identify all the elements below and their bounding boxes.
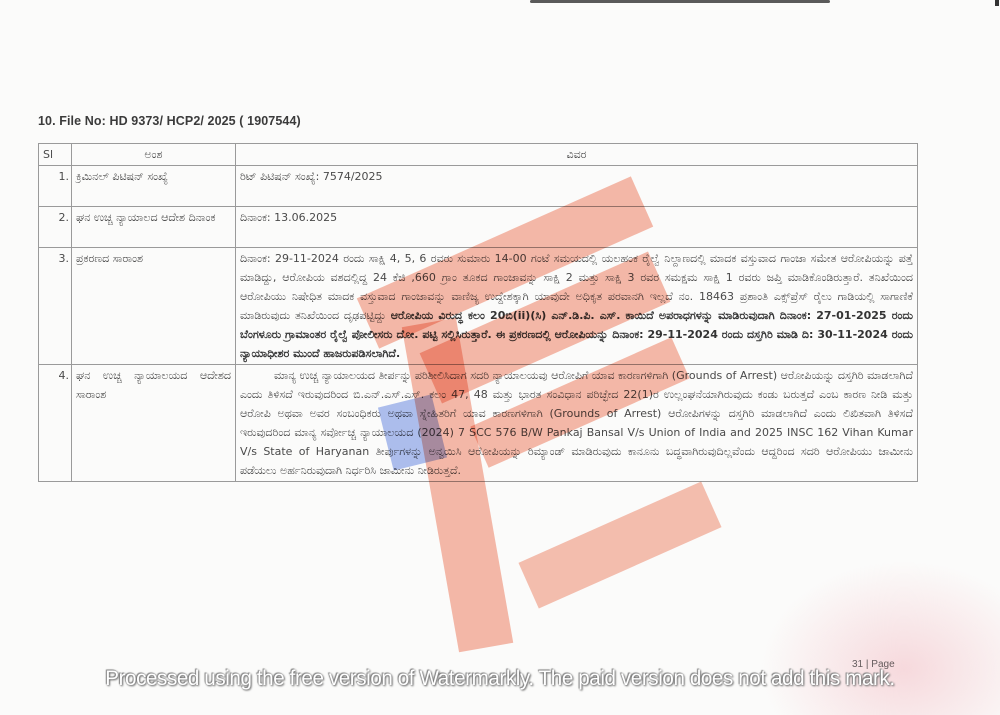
table-row: 2. ಘನ ಉಚ್ಚ ನ್ಯಾಯಾಲದ ಆದೇಶ ದಿನಾಂಕ ದಿನಾಂಕ: … — [39, 207, 918, 248]
summary-table: Sl ಅಂಶ ವಿವರ 1. ಕ್ರಿಮಿನಲ್ ಪಿಟಿಷನ್ ಸಂಖ್ಯೆ … — [38, 143, 918, 482]
row-sl: 3. — [39, 248, 72, 365]
table-row: 1. ಕ್ರಿಮಿನಲ್ ಪಿಟಿಷನ್ ಸಂಖ್ಯೆ ರಿಟ್ ಪಿಟಿಷನ್… — [39, 166, 918, 207]
row-details: ರಿಟ್ ಪಿಟಿಷನ್ ಸಂಖ್ಯೆ: 7574/2025 — [236, 166, 918, 207]
row-details: ದಿನಾಂಕ: 29-11-2024 ರಂದು ಸಾಕ್ಷಿ 4, 5, 6 ರ… — [236, 248, 918, 365]
table-row: 3. ಪ್ರಕರಣದ ಸಾರಾಂಶ ದಿನಾಂಕ: 29-11-2024 ರಂದ… — [39, 248, 918, 365]
row-details: ದಿನಾಂಕ: 13.06.2025 — [236, 207, 918, 248]
header-sl: Sl — [39, 144, 72, 166]
row-item: ಘನ ಉಚ್ಚ ನ್ಯಾಯಾಲಯದ ಆದೇಶದ ಸಾರಾಂಶ — [72, 365, 236, 482]
watermark-text: Processed using the free version of Wate… — [10, 667, 990, 691]
scan-edge-mark — [530, 0, 830, 3]
header-item: ಅಂಶ — [72, 144, 236, 166]
row-item: ಪ್ರಕರಣದ ಸಾರಾಂಶ — [72, 248, 236, 365]
row-sl: 2. — [39, 207, 72, 248]
header-details: ವಿವರ — [236, 144, 918, 166]
table-row: 4. ಘನ ಉಚ್ಚ ನ್ಯಾಯಾಲಯದ ಆದೇಶದ ಸಾರಾಂಶ ಮಾನ್ಯ … — [39, 365, 918, 482]
row-details: ಮಾನ್ಯ ಉಚ್ಚ ನ್ಯಾಯಾಲಯದ ತೀರ್ಪನ್ನು ಪರಿಶೀಲಿಸಿ… — [236, 365, 918, 482]
row-item: ಘನ ಉಚ್ಚ ನ್ಯಾಯಾಲದ ಆದೇಶ ದಿನಾಂಕ — [72, 207, 236, 248]
scan-corner-mark — [995, 0, 999, 6]
table-header-row: Sl ಅಂಶ ವಿವರ — [39, 144, 918, 166]
row-sl: 1. — [39, 166, 72, 207]
row-sl: 4. — [39, 365, 72, 482]
row-item: ಕ್ರಿಮಿನಲ್ ಪಿಟಿಷನ್ ಸಂಖ್ಯೆ — [72, 166, 236, 207]
watermark-glow — [760, 560, 1000, 715]
file-heading: 10. File No: HD 9373/ HCP2/ 2025 ( 19075… — [38, 114, 301, 128]
watermark-shape — [518, 481, 721, 608]
